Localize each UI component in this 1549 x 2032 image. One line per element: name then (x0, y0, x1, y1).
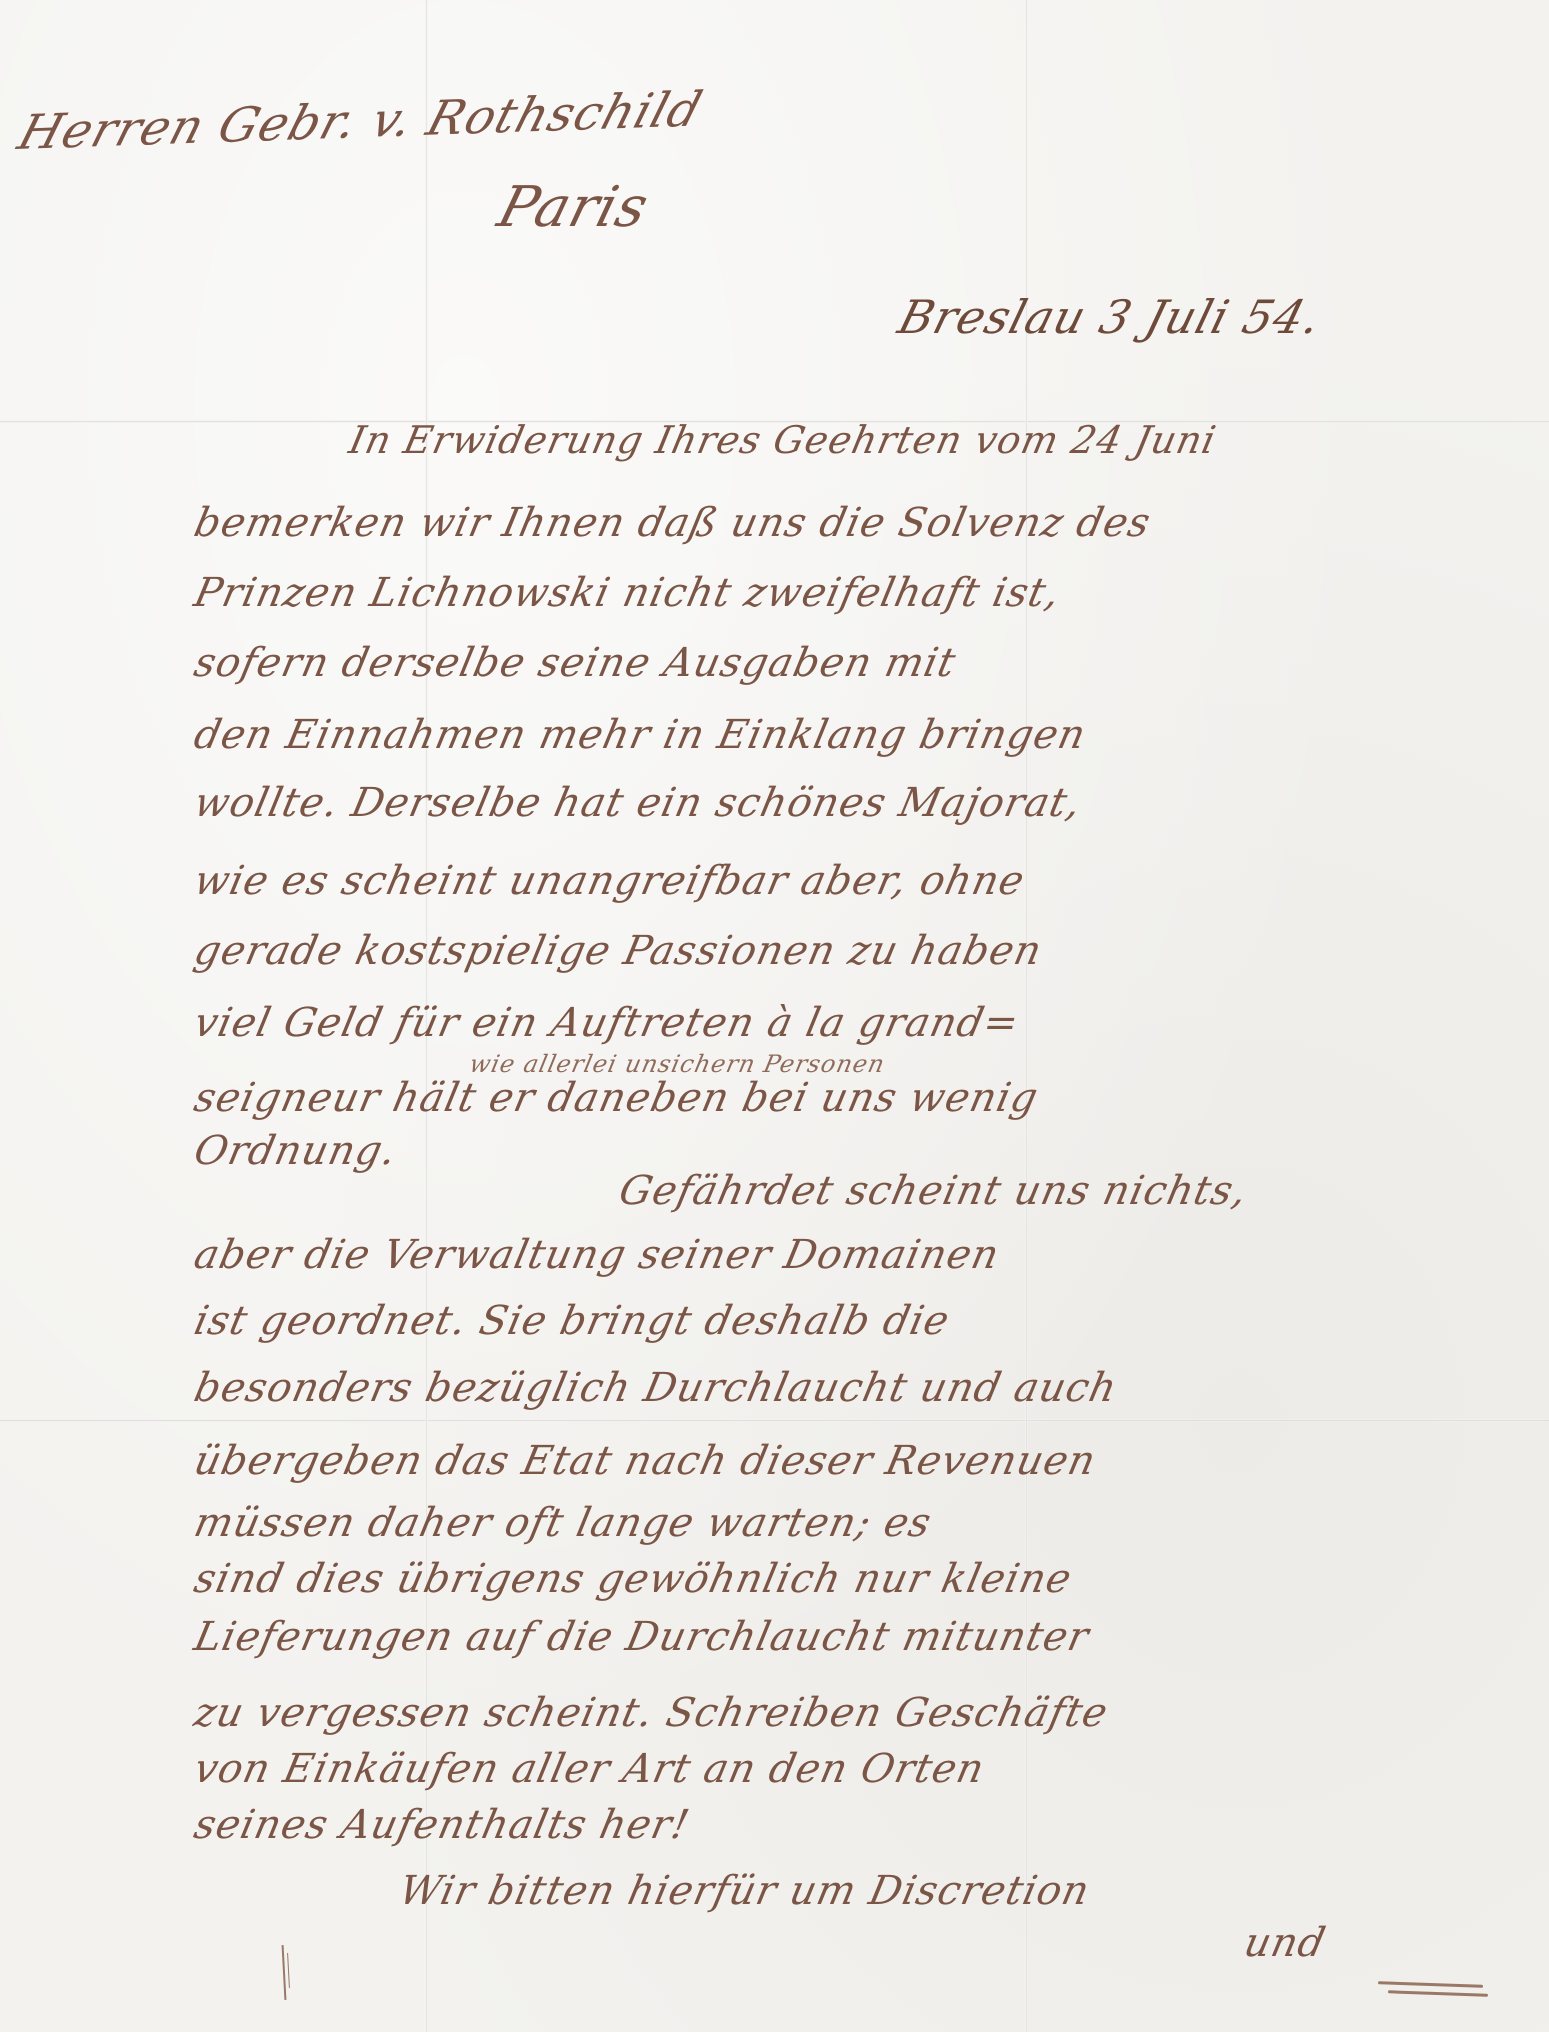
body-line: Prinzen Lichnowski nicht zweifelhaft ist… (190, 570, 1064, 616)
body-line: ist geordnet. Sie bringt deshalb die (190, 1298, 954, 1344)
body-line: besonders bezüglich Durchlaucht und auch (190, 1365, 1121, 1411)
horizontal-fold-line (0, 1419, 1549, 1422)
body-line: seigneur hält er daneben bei uns wenig (190, 1075, 1042, 1121)
body-line: sind dies übrigens gewöhnlich nur kleine (190, 1556, 1076, 1602)
body-line: von Einkäufen aller Art an den Orten (190, 1746, 989, 1792)
body-line: bemerken wir Ihnen daß uns die Solvenz d… (190, 500, 1155, 546)
body-line: In Erwiderung Ihres Geehrten vom 24 Juni (345, 418, 1220, 462)
body-line: wie es scheint unangreifbar aber, ohne (190, 858, 1029, 904)
recipient-city: Paris (491, 175, 655, 240)
body-line: gerade kostspielige Passionen zu haben (190, 928, 1046, 974)
body-line: übergeben das Etat nach dieser Revenuen (190, 1438, 1100, 1484)
closing-continuation: und (1240, 1920, 1330, 1966)
body-line: Gefährdet scheint uns nichts, (615, 1168, 1252, 1214)
bottom-right-double-line-mark (1378, 1980, 1498, 2000)
body-line: den Einnahmen mehr in Einklang bringen (190, 712, 1090, 758)
body-line: wollte. Derselbe hat ein schönes Majorat… (190, 780, 1086, 826)
body-line: sofern derselbe seine Ausgaben mit (190, 640, 960, 686)
body-line: zu vergessen scheint. Schreiben Geschäft… (190, 1690, 1112, 1736)
body-line: aber die Verwaltung seiner Domainen (190, 1232, 1004, 1278)
body-line: Lieferungen auf die Durchlaucht mitunter (190, 1614, 1093, 1660)
closing-line: Wir bitten hierfür um Discretion (395, 1868, 1094, 1914)
body-line: Ordnung. (190, 1128, 401, 1174)
body-line: seines Aufenthalts her! (190, 1802, 694, 1848)
bottom-center-mark (280, 1945, 292, 2000)
body-line: müssen daher oft lange warten; es (190, 1500, 936, 1546)
interlinear-insertion: wie allerlei unsichern Personen (467, 1050, 888, 1078)
dateline: Breslau 3 Juli 54. (893, 290, 1328, 344)
body-line: viel Geld für ein Auftreten à la grand= (190, 1000, 1023, 1046)
